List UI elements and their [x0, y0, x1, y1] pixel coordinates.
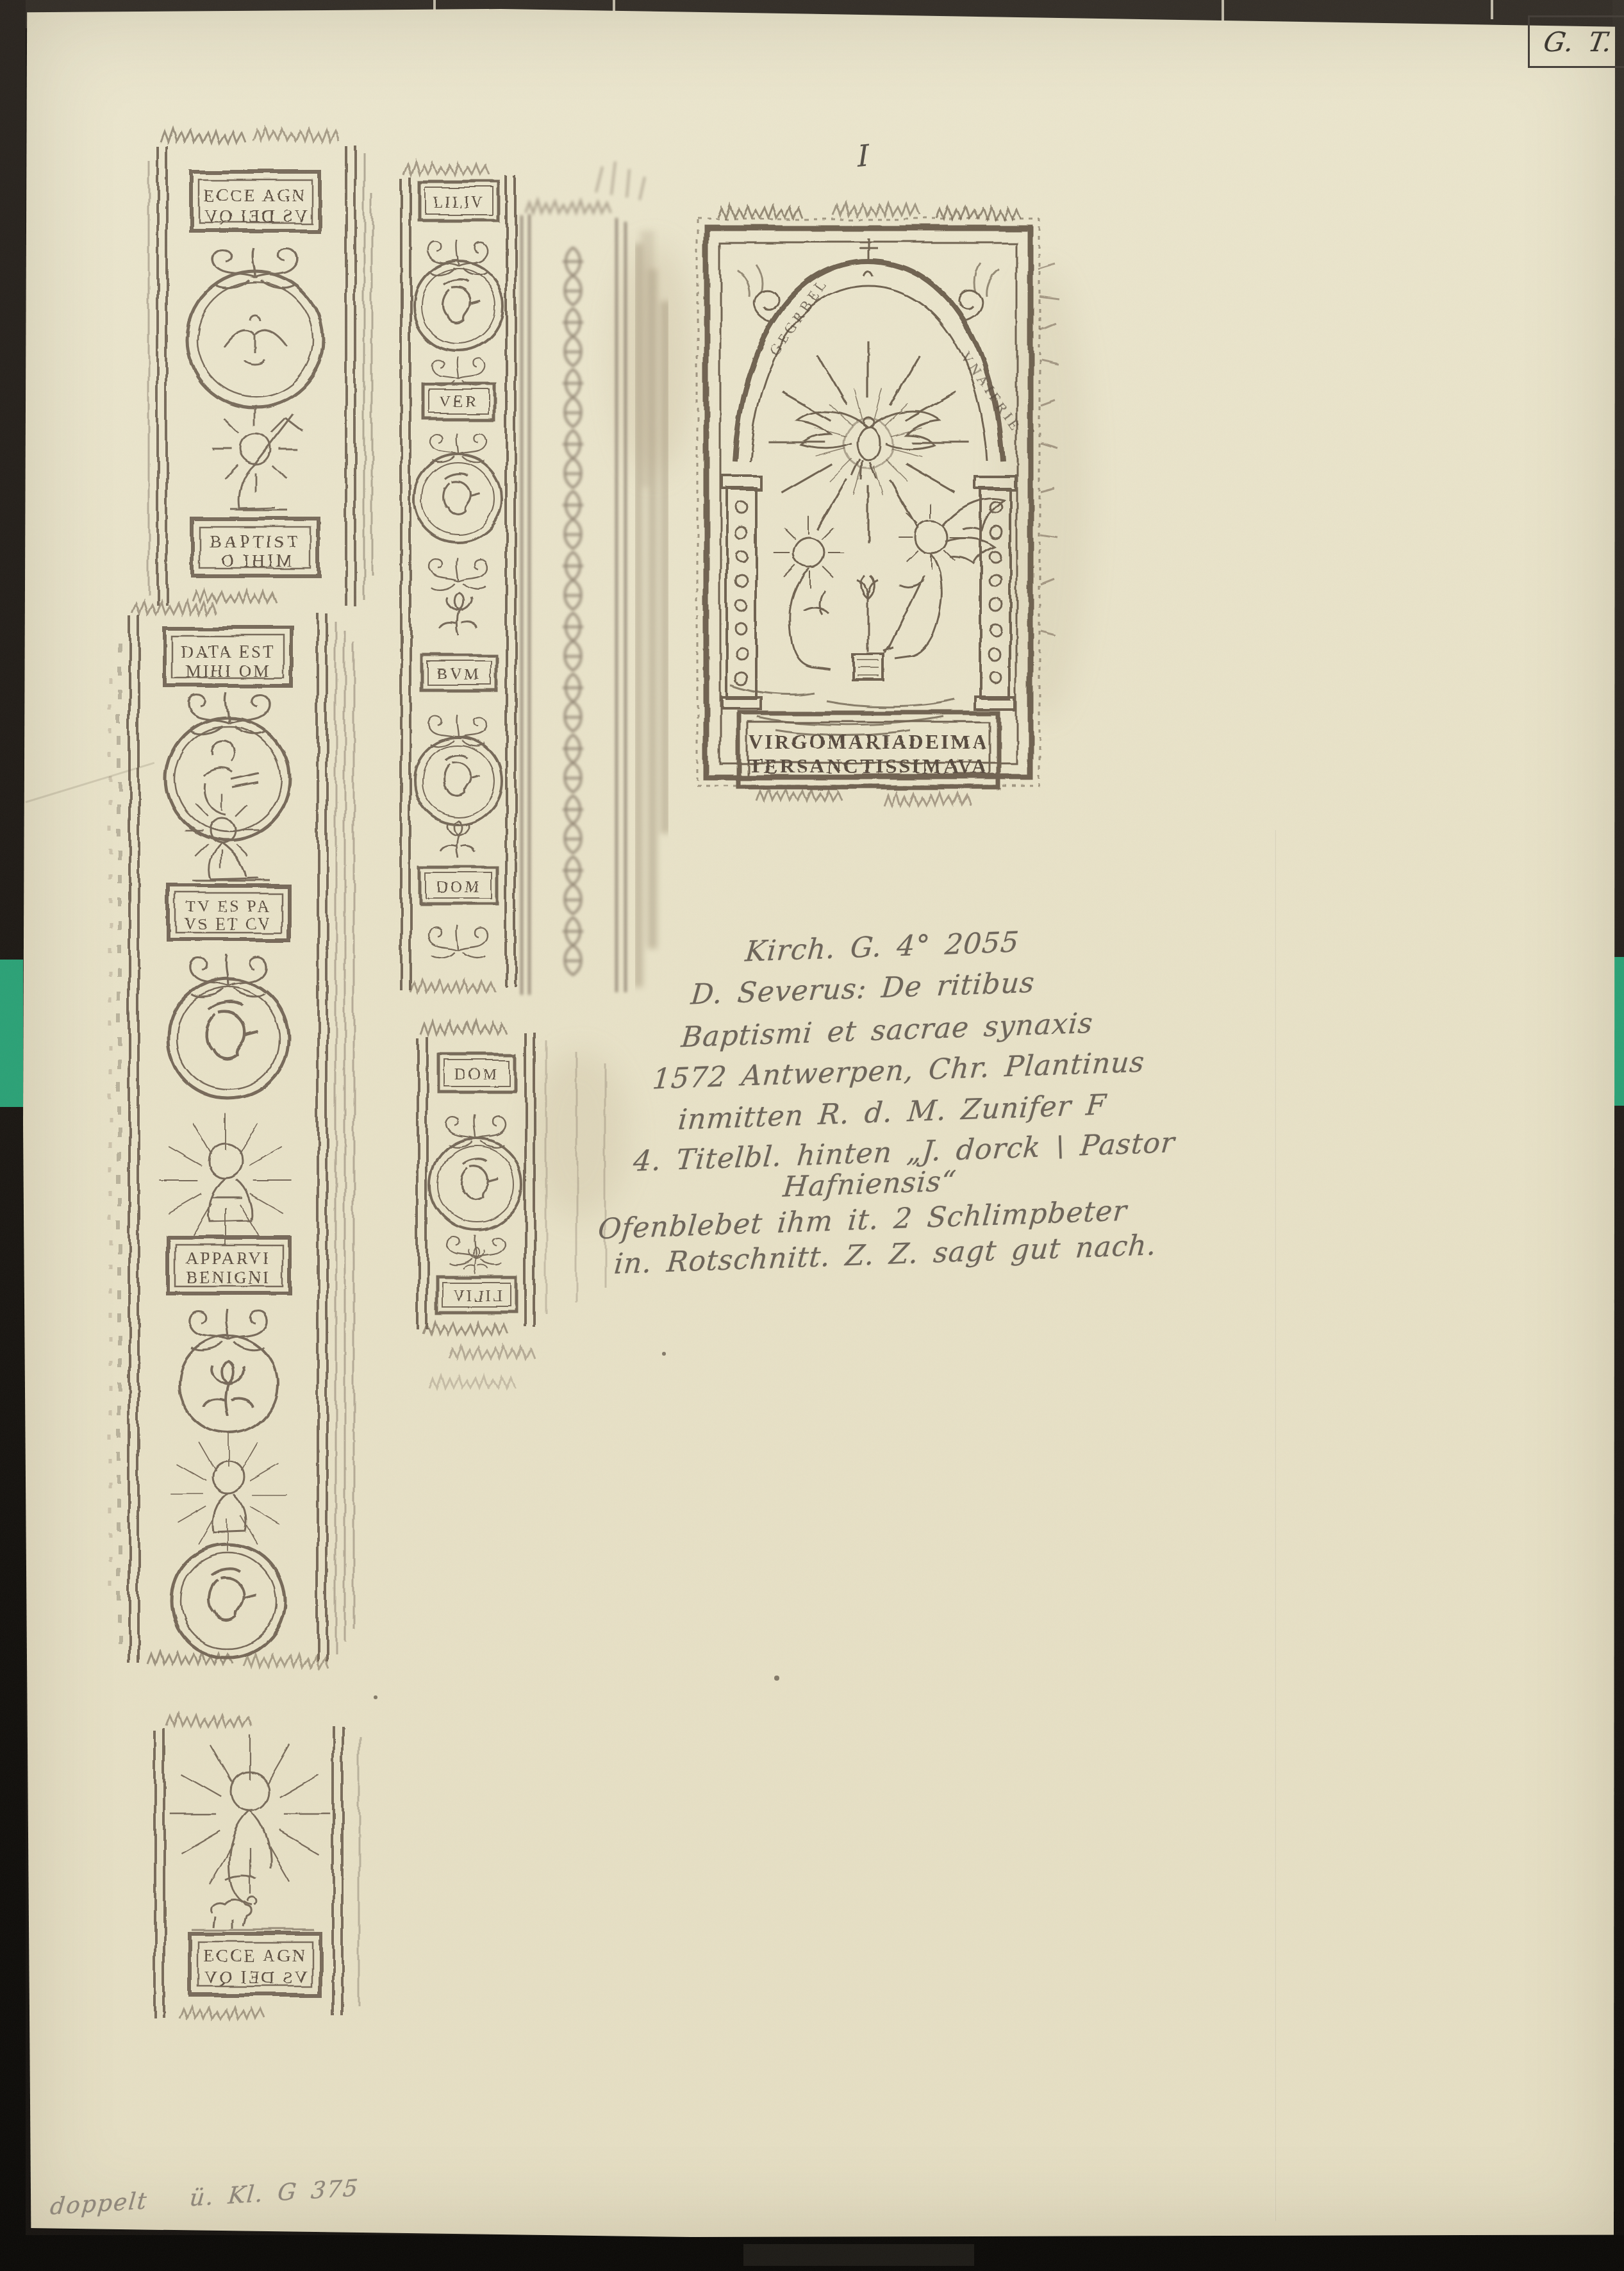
page-numeral: I: [857, 138, 870, 174]
corner-mark-text: G. T.: [1541, 26, 1615, 58]
annotation-line: Hafniensis“: [782, 1165, 958, 1204]
bottom-note-gap: [147, 2206, 189, 2208]
corner-mark-box: G. T.: [1528, 15, 1624, 68]
woodcut-artwork-layer: ECCE AGN VS DEI QV BAPTIST MIHI O: [0, 0, 1624, 2271]
photographed-album-page: ECCE AGN VS DEI QV BAPTIST MIHI O: [0, 0, 1624, 2271]
